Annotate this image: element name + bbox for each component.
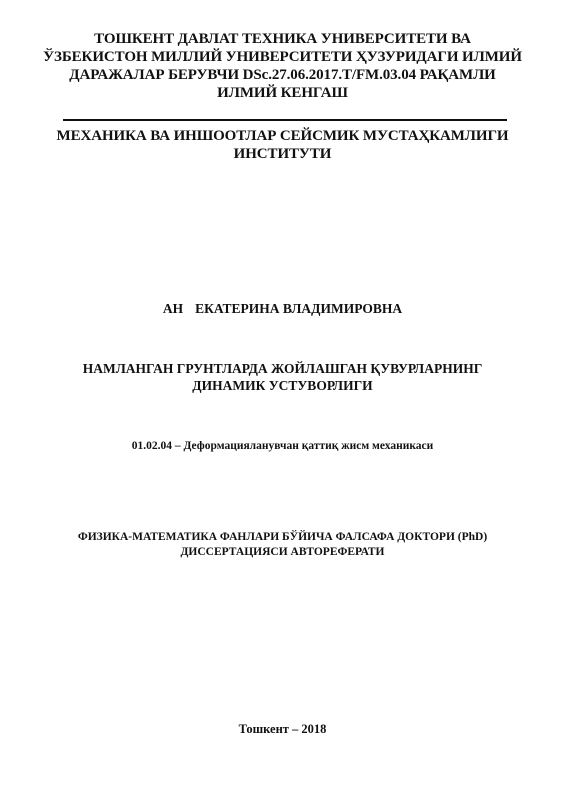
council-line-1: ТОШКЕНТ ДАВЛАТ ТЕХНИКА УНИВЕРСИТЕТИ ВА [0, 30, 565, 48]
title-line-2: ДИНАМИК УСТУВОРЛИГИ [0, 377, 565, 394]
specialty-code: 01.02.04 – Деформацияланувчан қаттиқ жис… [0, 439, 565, 453]
dissertation-title: НАМЛАНГАН ГРУНТЛАРДА ЖОЙЛАШГАН ҚУВУРЛАРН… [0, 360, 565, 394]
council-line-4: ИЛМИЙ КЕНГАШ [0, 84, 565, 102]
institute-heading: МЕХАНИКА ВА ИНШООТЛАР СЕЙСМИК МУСТАҲКАМЛ… [0, 127, 565, 163]
specialty-line: 01.02.04 – Деформацияланувчан қаттиқ жис… [0, 439, 565, 453]
institute-line-1: МЕХАНИКА ВА ИНШООТЛАР СЕЙСМИК МУСТАҲКАМЛ… [0, 127, 565, 145]
council-heading: ТОШКЕНТ ДАВЛАТ ТЕХНИКА УНИВЕРСИТЕТИ ВА Ў… [0, 30, 565, 102]
council-line-2: ЎЗБЕКИСТОН МИЛЛИЙ УНИВЕРСИТЕТИ ҲУЗУРИДАГ… [0, 48, 565, 66]
header-divider [63, 119, 507, 121]
council-line-3: ДАРАЖАЛАР БЕРУВЧИ DSc.27.06.2017.T/FM.03… [0, 66, 565, 84]
degree-line-2: ДИССЕРТАЦИЯСИ АВТОРЕФЕРАТИ [0, 545, 565, 560]
document-page: ТОШКЕНТ ДАВЛАТ ТЕХНИКА УНИВЕРСИТЕТИ ВА Ў… [0, 0, 565, 800]
author-line: АНЕКАТЕРИНА ВЛАДИМИРОВНА [0, 301, 565, 317]
title-line-1: НАМЛАНГАН ГРУНТЛАРДА ЖОЙЛАШГАН ҚУВУРЛАРН… [0, 360, 565, 377]
author-given-names: ЕКАТЕРИНА ВЛАДИМИРОВНА [195, 301, 402, 316]
author-surname: АН [163, 301, 183, 316]
author-name: АНЕКАТЕРИНА ВЛАДИМИРОВНА [0, 301, 565, 317]
institute-line-2: ИНСТИТУТИ [0, 145, 565, 163]
place-and-year: Тошкент – 2018 [0, 721, 565, 737]
degree-line-1: ФИЗИКА-МАТЕМАТИКА ФАНЛАРИ БЎЙИЧА ФАЛСАФА… [0, 530, 565, 545]
footer-line: Тошкент – 2018 [0, 721, 565, 737]
degree-heading: ФИЗИКА-МАТЕМАТИКА ФАНЛАРИ БЎЙИЧА ФАЛСАФА… [0, 530, 565, 560]
